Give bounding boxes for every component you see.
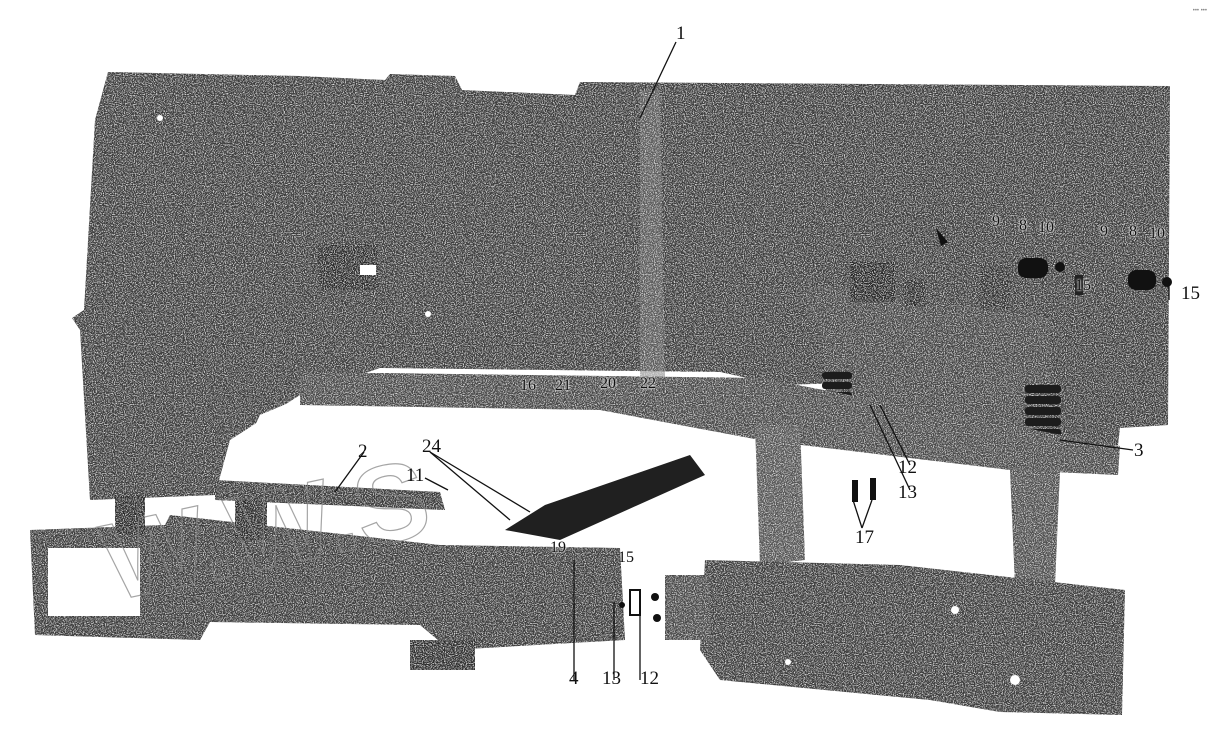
callout-9-right: 9	[1100, 224, 1108, 240]
callout-12-lower: 12	[640, 669, 659, 688]
callout-10-left: 10	[1038, 220, 1054, 236]
assembly-drawing: W.W.S	[0, 0, 1221, 729]
callout-9-left: 9	[992, 214, 1000, 230]
rear-frame-rail	[665, 560, 1125, 715]
callout-20: 20	[600, 376, 616, 392]
shock-absorber	[505, 455, 705, 540]
callout-1: 1	[676, 24, 686, 43]
callout-13-upper: 13	[898, 483, 917, 502]
callout-19: 19	[550, 540, 566, 556]
callout-2: 2	[358, 442, 368, 461]
callout-8-left: 8	[1019, 218, 1027, 234]
callout-15-lower: 15	[618, 550, 634, 566]
callout-16: 16	[520, 378, 536, 394]
callout-11: 11	[406, 466, 424, 485]
callout-8-right: 8	[1129, 224, 1137, 240]
corner-mark: ••• •••	[1193, 8, 1207, 14]
callout-22: 22	[640, 376, 656, 392]
callout-15-edge: 15	[1181, 284, 1200, 303]
callout-10-right: 10	[1149, 226, 1165, 242]
callout-17: 17	[855, 528, 874, 547]
callout-13-lower: 13	[602, 669, 621, 688]
callout-21: 21	[555, 378, 571, 394]
callout-4: 4	[569, 669, 579, 688]
callout-24: 24	[422, 437, 441, 456]
parts-diagram: W.W.S 1 2 3 4 9 8 10 9 8 10 15 15 15	[0, 0, 1221, 729]
callout-15-inner: 15	[1075, 278, 1091, 294]
callout-3: 3	[1134, 441, 1144, 460]
callout-12-upper: 12	[898, 458, 917, 477]
